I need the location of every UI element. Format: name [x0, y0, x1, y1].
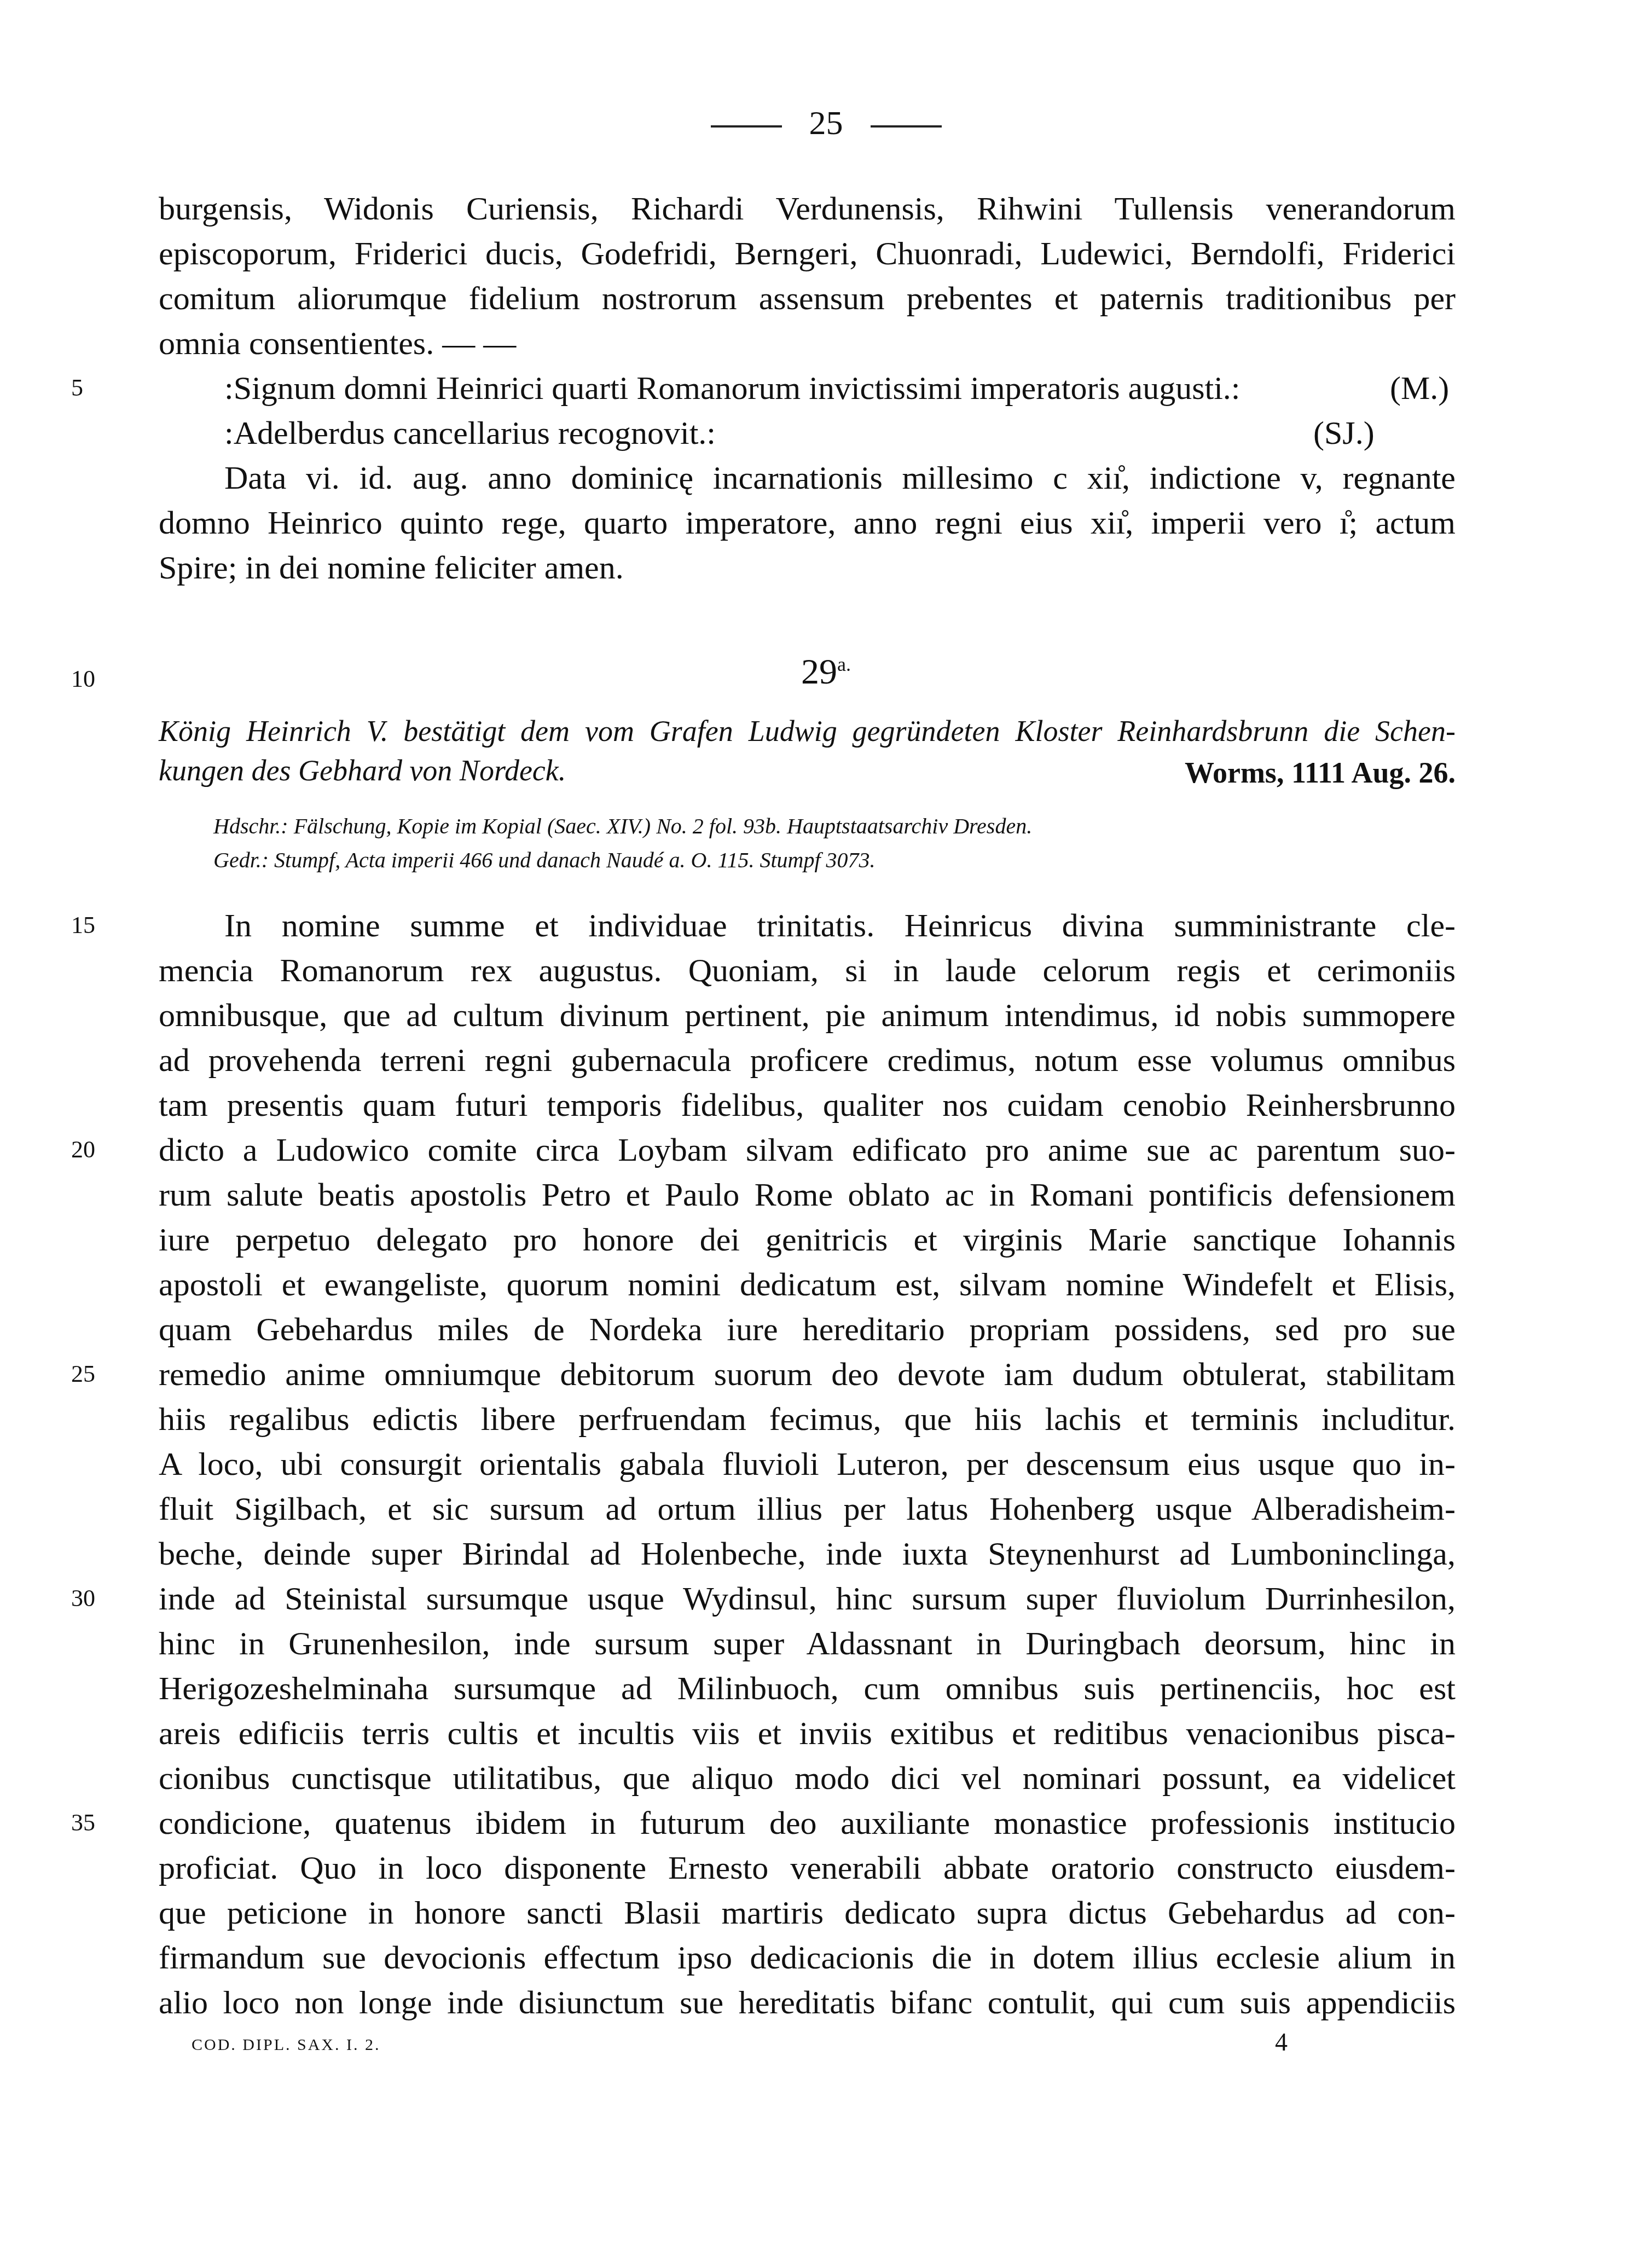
body-line: omnibusque, que ad cultum divinum pertin… [159, 993, 1456, 1038]
sheet-number: 4 [1275, 2028, 1288, 2057]
line-number: 20 [71, 1127, 95, 1172]
body-line: firmandum sue devocionis effectum ipso d… [159, 1935, 1456, 1980]
manuscript-note: Hdschr.: Fälschung, Kopie im Kopial (Sae… [213, 810, 1032, 843]
body-line: proficiat. Quo in loco disponente Ernest… [159, 1845, 1456, 1890]
monogram-mark: (M.) [1390, 366, 1449, 410]
header-rule-left [711, 125, 782, 128]
body-line: beche, deinde super Birindal ad Holenbec… [159, 1531, 1456, 1576]
body-line: In nomine summe et individuae trinitatis… [224, 903, 1456, 948]
line-number: 35 [71, 1800, 95, 1845]
body-line: iure perpetuo delegato pro honore dei ge… [159, 1217, 1456, 1262]
body-line: mencia Romanorum rex augustus. Quoniam, … [159, 948, 1456, 993]
page-number: 25 [0, 104, 1652, 143]
document-number: 29a. [0, 651, 1652, 693]
body-line: apostoli et ewangeliste, quorum nomini d… [159, 1262, 1456, 1307]
body-line: cionibus cunctisque utilitatibus, que al… [159, 1756, 1456, 1800]
body-line: inde ad Steinistal sursumque usque Wydin… [159, 1576, 1456, 1621]
text-line: omnia consentientes. — — [159, 321, 1456, 366]
body-line: A loco, ubi consurgit orientalis gabala … [159, 1441, 1456, 1486]
body-line: ad provehenda terreni regni gubernacula … [159, 1038, 1456, 1082]
body-line: remedio anime omniumque debitorum suorum… [159, 1352, 1456, 1397]
body-line: quam Gebehardus miles de Nordeka iure he… [159, 1307, 1456, 1352]
recognition-line: :Adelberdus cancellarius recognovit.: [224, 410, 1456, 455]
line-number: 30 [71, 1576, 95, 1621]
seal-mark: (SJ.) [1313, 410, 1375, 455]
regest-summary-line: König Heinrich V. bestätigt dem vom Graf… [159, 711, 1456, 751]
line-number: 25 [71, 1352, 95, 1397]
body-line: dicto a Ludowico comite circa Loybam sil… [159, 1127, 1456, 1172]
line-number: 5 [71, 366, 83, 410]
place-date: Worms, 1111 Aug. 26. [1185, 753, 1456, 792]
body-line: condicione, quatenus ibidem in futurum d… [159, 1800, 1456, 1845]
body-line: areis edificiis terris cultis et inculti… [159, 1711, 1456, 1756]
body-line: Herigozeshelminaha sursumque ad Milinbuo… [159, 1666, 1456, 1711]
text-line: episcoporum, Friderici ducis, Godefridi,… [159, 231, 1456, 276]
document-number-text: 29 [801, 652, 837, 692]
body-line: hiis regalibus edictis libere perfruenda… [159, 1397, 1456, 1441]
body-line: alio loco non longe inde disiunctum sue … [159, 1980, 1456, 2025]
dating-line: Spire; in dei nomine feliciter amen. [159, 545, 1456, 590]
signature-mark: COD. DIPL. SAX. I. 2. [192, 2036, 381, 2054]
header-rule-right [871, 125, 942, 128]
print-note: Gedr.: Stumpf, Acta imperii 466 und dana… [213, 844, 876, 877]
body-line: hinc in Grunenhesilon, inde sursum super… [159, 1621, 1456, 1666]
text-line: burgensis, Widonis Curiensis, Richardi V… [159, 186, 1456, 231]
body-line: tam presentis quam futuri temporis fidel… [159, 1082, 1456, 1127]
body-line: fluit Sigilbach, et sic sursum ad ortum … [159, 1486, 1456, 1531]
page-number-text: 25 [809, 105, 843, 142]
text-line: comitum aliorumque fidelium nostrorum as… [159, 276, 1456, 321]
signum-line: :Signum domni Heinrici quarti Romanorum … [224, 366, 1297, 410]
line-number: 15 [71, 903, 95, 948]
dating-line: domno Heinrico quinto rege, quarto imper… [159, 500, 1456, 545]
body-line: rum salute beatis apostolis Petro et Pau… [159, 1172, 1456, 1217]
dating-line: Data vi. id. aug. anno dominicę incarnat… [224, 455, 1456, 500]
document-number-suffix: a. [837, 653, 851, 675]
body-line: que peticione in honore sancti Blasii ma… [159, 1890, 1456, 1935]
